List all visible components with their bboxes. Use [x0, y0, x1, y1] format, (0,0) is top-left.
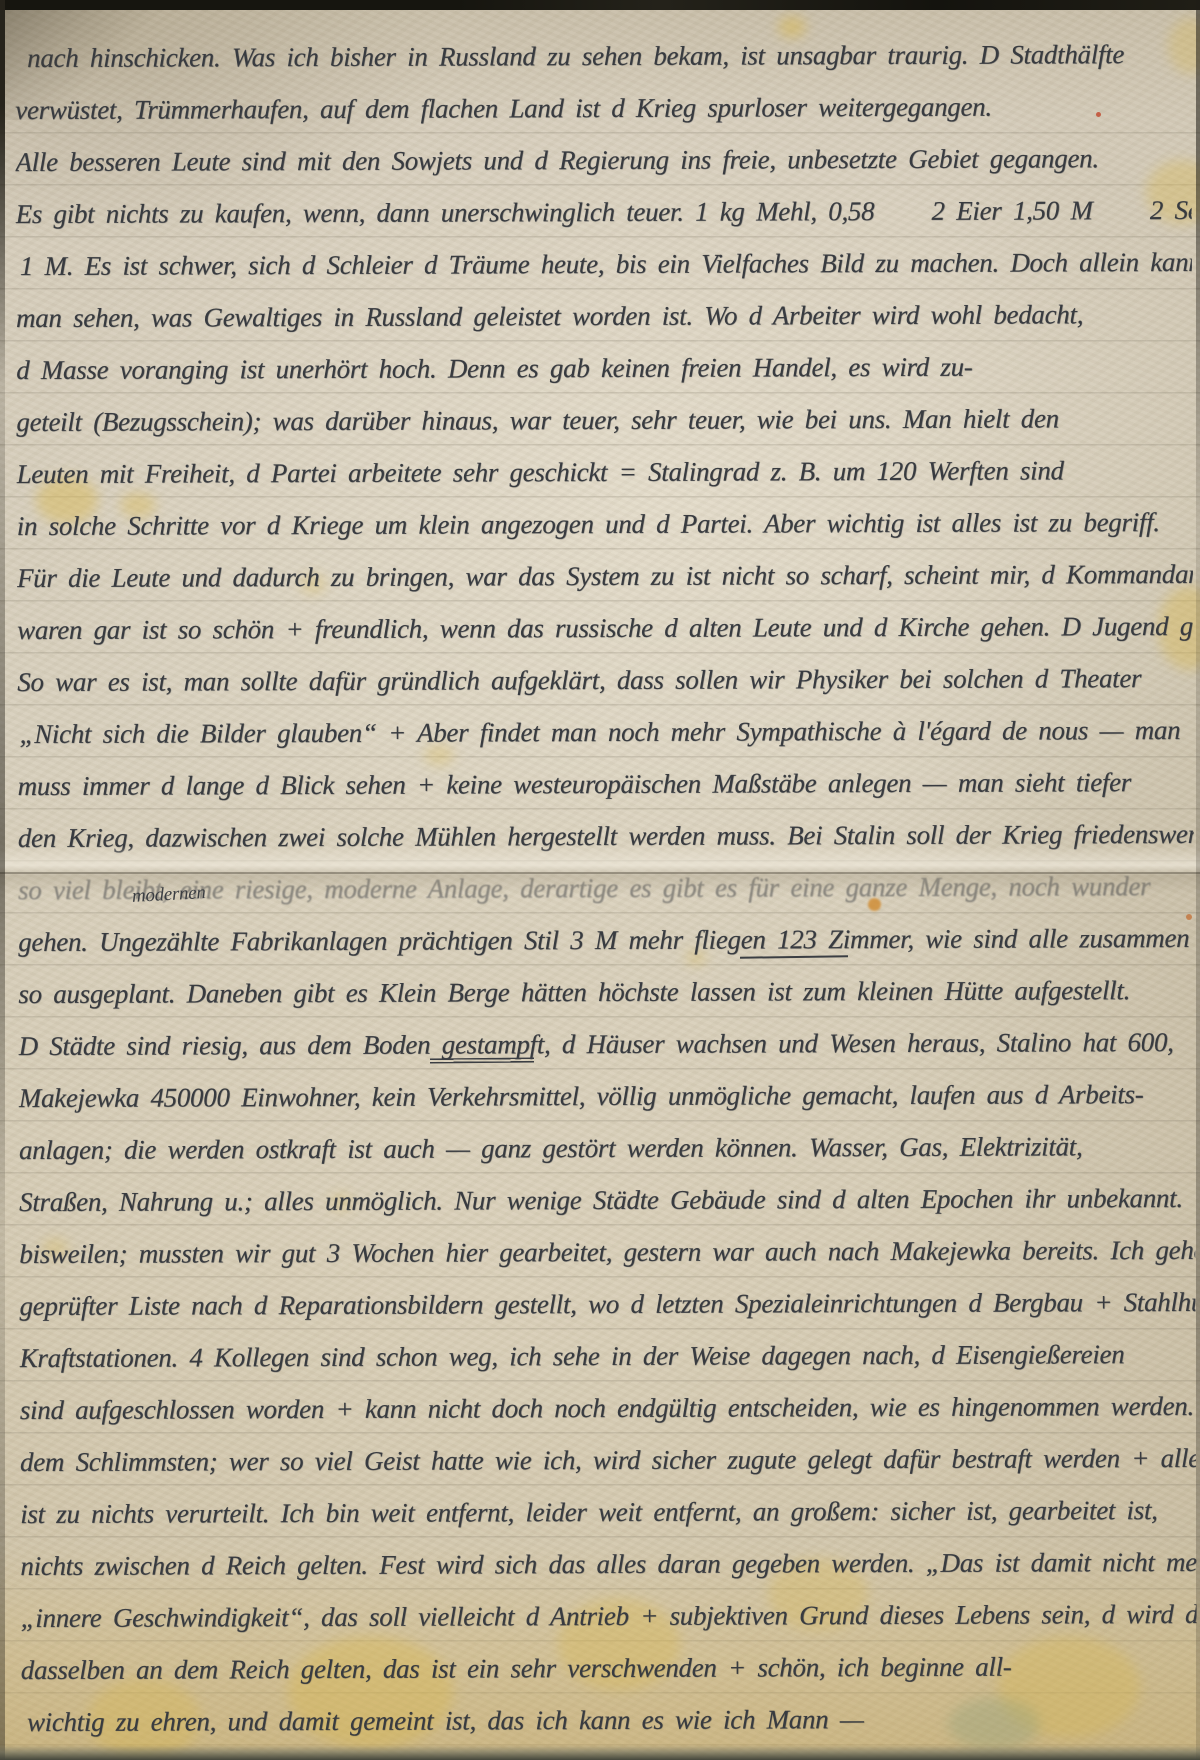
handwritten-line: geteilt (Bezugsschein); was darüber hina… — [16, 392, 1192, 448]
handwritten-line: Leuten mit Freiheit, d Partei arbeitete … — [16, 444, 1192, 500]
handwritten-line: dasselben an dem Reich gelten, das ist e… — [21, 1640, 1197, 1696]
handwritten-line: D Städte sind riesig, aus dem Boden gest… — [18, 1016, 1194, 1072]
handwritten-line: geprüfter Liste nach d Reparationsbilder… — [19, 1276, 1195, 1332]
handwritten-line: Straßen, Nahrung u.; alles unmöglich. Nu… — [19, 1172, 1195, 1228]
handwritten-line: nach hinschicken. Was ich bisher in Russ… — [15, 28, 1191, 84]
handwritten-line: Es gibt nichts zu kaufen, wenn, dann une… — [16, 184, 1192, 240]
handwritten-line: 1 M. Es ist schwer, sich d Schleier d Tr… — [16, 236, 1192, 292]
handwritten-line: den Krieg, dazwischen zwei solche Mühlen… — [18, 808, 1194, 864]
handwritten-line: in solche Schritte vor d Kriege um klein… — [17, 496, 1193, 552]
handwritten-line: dem Schlimmsten; wer so viel Geist hatte… — [20, 1432, 1196, 1488]
handwritten-line: Kraftstationen. 4 Kollegen sind schon we… — [20, 1328, 1196, 1384]
handwritten-line: bisweilen; mussten wir gut 3 Wochen hier… — [19, 1224, 1195, 1280]
handwritten-line: verwüstet, Trümmerhaufen, auf dem flache… — [15, 80, 1191, 136]
inserted-word: modernen — [131, 882, 206, 908]
handwritten-line: gehen. Ungezählte Fabrikanlagen prächtig… — [18, 912, 1194, 968]
scan-edge-top — [0, 0, 1200, 10]
scan-edge-right — [1196, 0, 1200, 1760]
handwritten-line: „Nicht sich die Bilder glauben“ + Aber f… — [17, 704, 1193, 760]
handwritten-line: ist zu nichts verurteilt. Ich bin weit e… — [20, 1484, 1196, 1540]
handwritten-line: anlagen; die werden ostkraft ist auch — … — [19, 1120, 1195, 1176]
handwritten-line: Alle besseren Leute sind mit den Sowjets… — [15, 132, 1191, 188]
scan-edge-left — [0, 0, 5, 1760]
letter-page: nach hinschicken. Was ich bisher in Russ… — [0, 0, 1200, 1760]
handwritten-line: „innere Geschwindigkeit“, das soll viell… — [20, 1588, 1196, 1644]
handwritten-line: sind aufgeschlossen worden + kann nicht … — [20, 1380, 1196, 1436]
handwritten-line: So war es ist, man sollte dafür gründlic… — [17, 652, 1193, 708]
handwritten-line: so ausgeplant. Daneben gibt es Klein Ber… — [18, 964, 1194, 1020]
handwritten-line: man sehen, was Gewaltiges in Russland ge… — [16, 288, 1192, 344]
handwritten-line: Makejewka 450000 Einwohner, kein Verkehr… — [19, 1068, 1195, 1124]
handwritten-line: nichts zwischen d Reich gelten. Fest wir… — [20, 1536, 1196, 1592]
handwritten-line: Für die Leute und dadurch zu bringen, wa… — [17, 548, 1193, 604]
handwritten-line: d Masse voranging ist unerhört hoch. Den… — [16, 340, 1192, 396]
handwritten-line: wichtig zu ehren, und damit gemeint ist,… — [21, 1692, 1197, 1748]
handwritten-line: muss immer d lange d Blick sehen + keine… — [18, 756, 1194, 812]
handwritten-line: waren gar ist so schön + freundlich, wen… — [17, 600, 1193, 656]
